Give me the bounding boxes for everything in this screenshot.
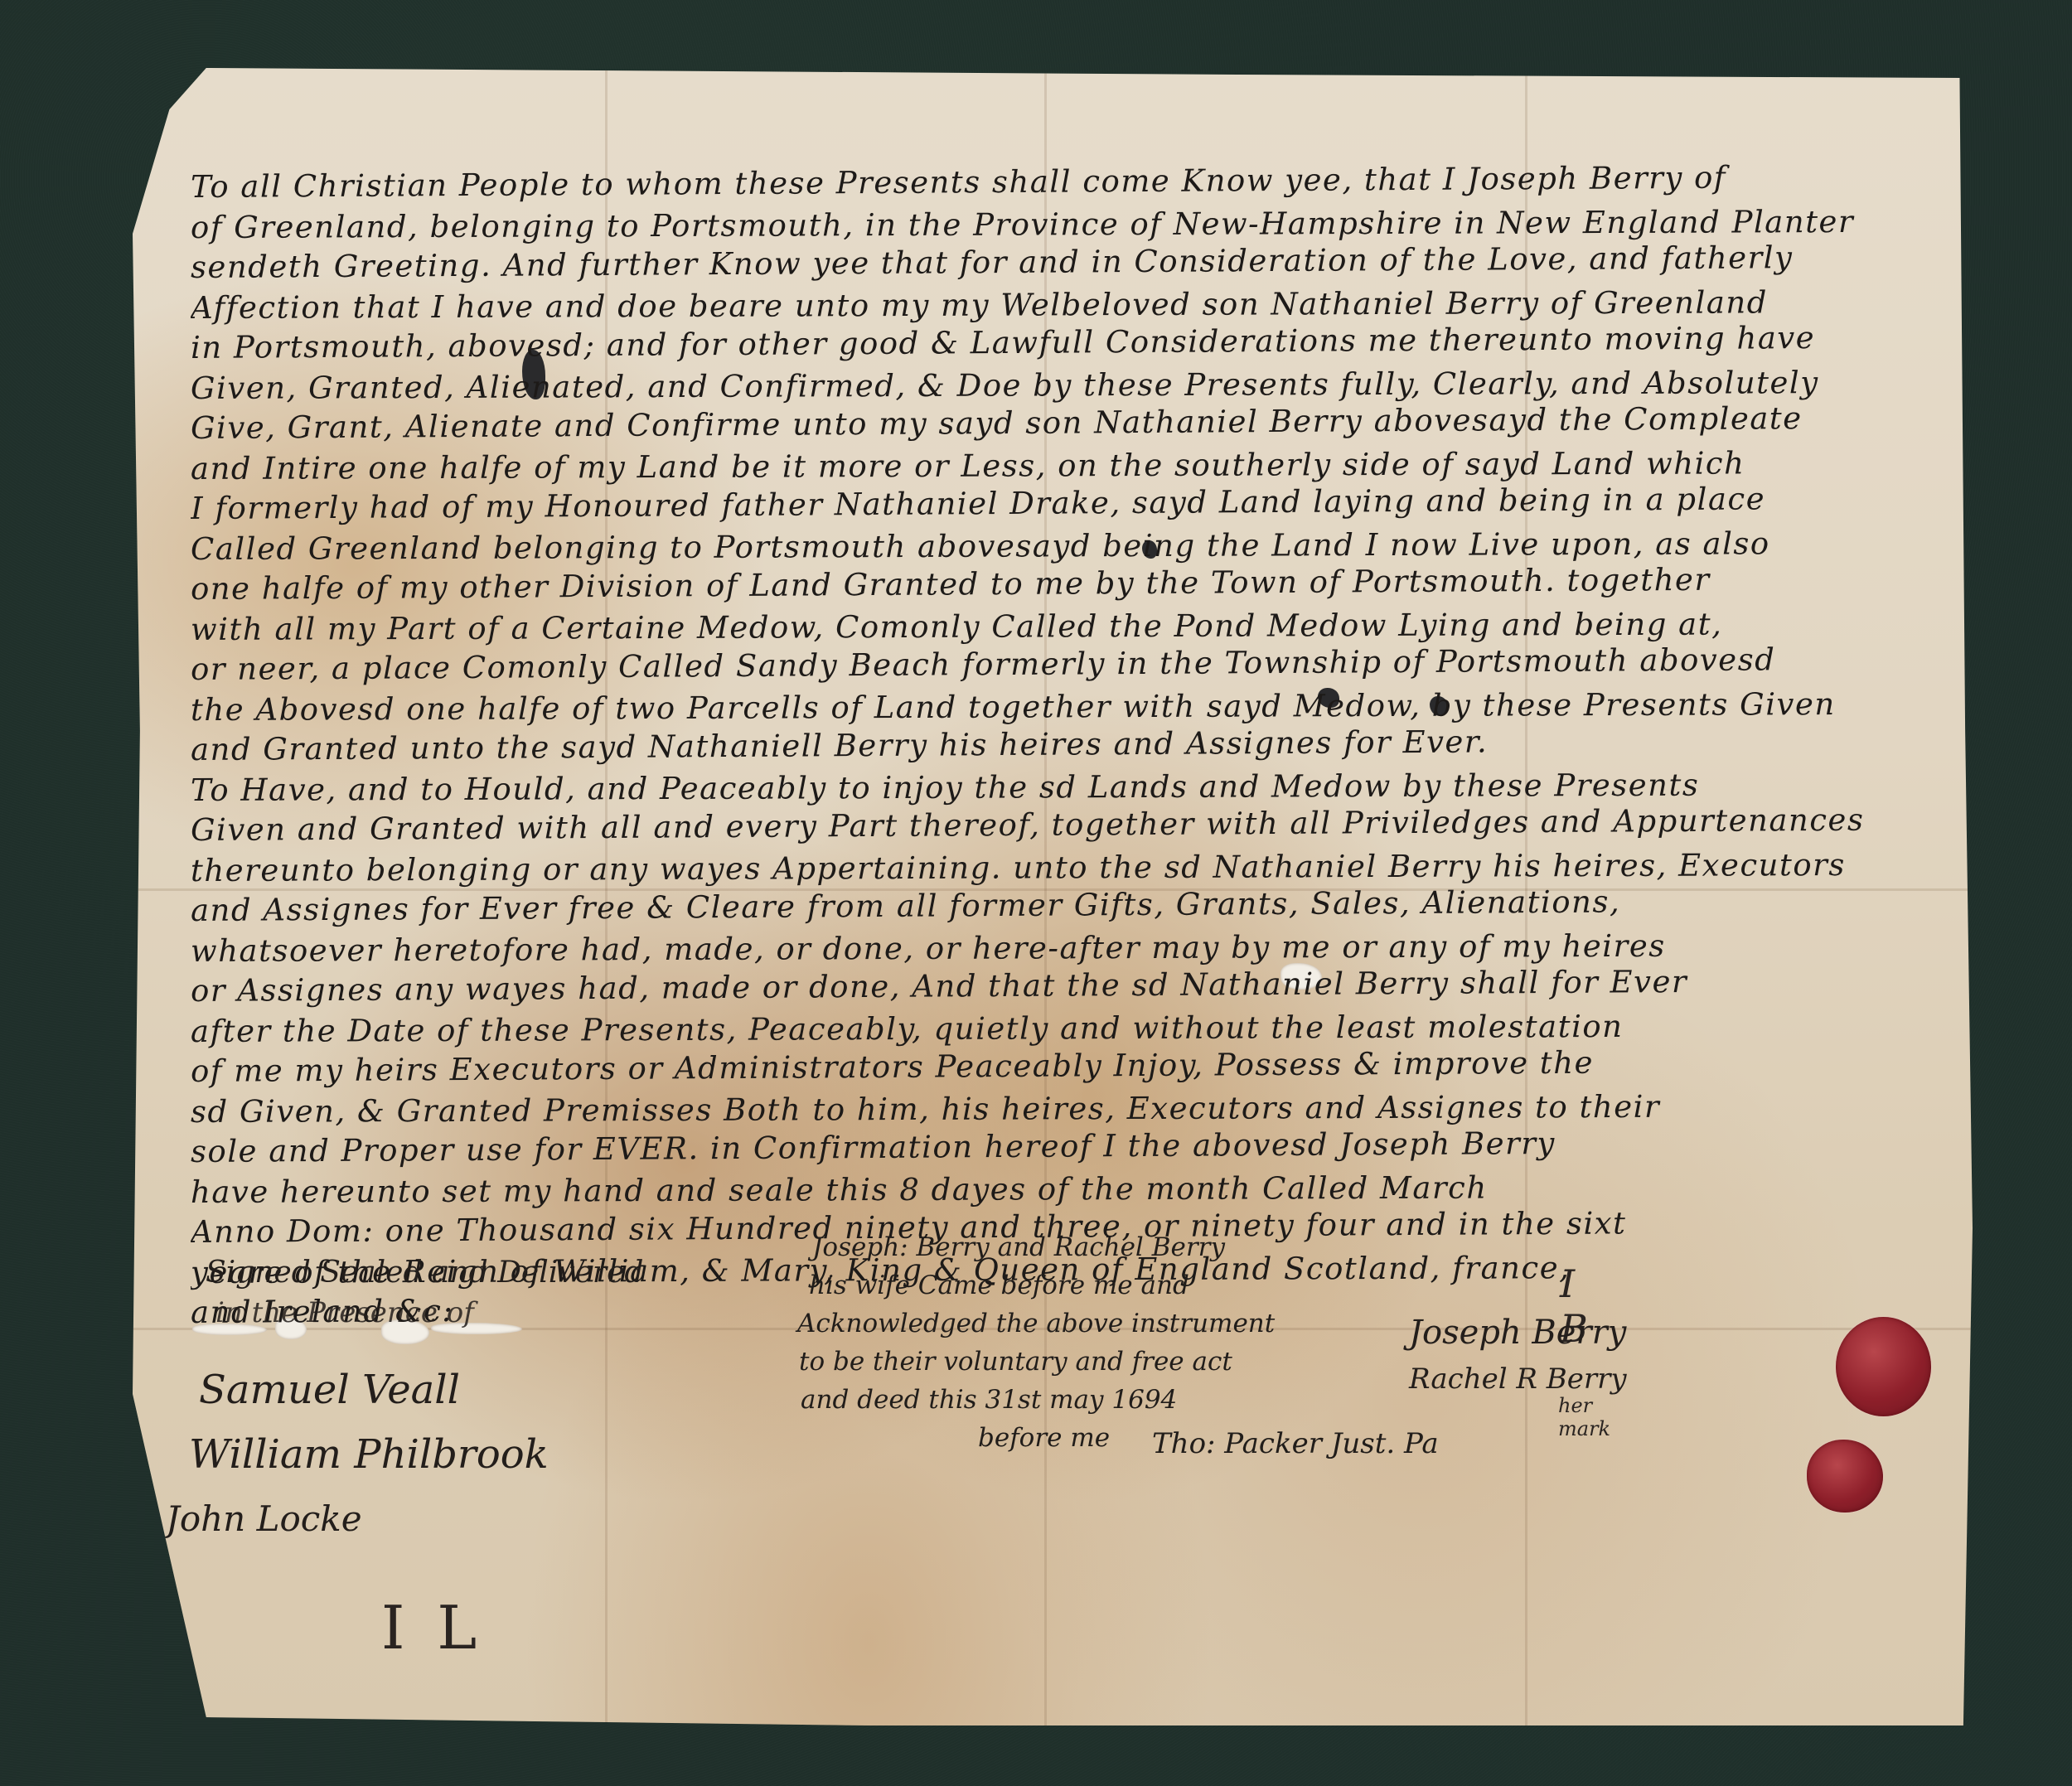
witness-section: Signed Sealed and Delivered in the Prese… [199, 1253, 779, 1551]
witness-signature: Samuel Veall [199, 1358, 779, 1422]
grantor-signature-joseph: Joseph Berry [1409, 1311, 1626, 1354]
witness-signature: John Locke [166, 1487, 779, 1551]
deed-body: To all Christian People to whom these Pr… [191, 167, 1948, 1333]
wax-seal-icon [1807, 1440, 1883, 1513]
witness-heading-presence: in the Presence of [215, 1293, 779, 1333]
grantor-signature-rachel: Rachel R Berry [1409, 1361, 1627, 1397]
deed-line: To all Christian People to whom these Pr… [191, 157, 1948, 207]
wax-seal-icon [1836, 1317, 1931, 1416]
witness-heading: Signed Sealed and Delivered [206, 1253, 779, 1293]
grantor-mark-note: her mark [1558, 1394, 1610, 1440]
acknowledgement-line: Joseph: Berry and Rachel Berry [812, 1228, 1641, 1266]
witness-signature: William Philbrook [189, 1422, 779, 1487]
acknowledgement-line: his wife Came before me and [809, 1266, 1641, 1304]
justice-signature: Tho: Packer Just. Pa [1152, 1427, 1439, 1460]
witness-mark: I L [381, 1593, 483, 1663]
deed-paper: To all Christian People to whom these Pr… [133, 68, 1973, 1725]
